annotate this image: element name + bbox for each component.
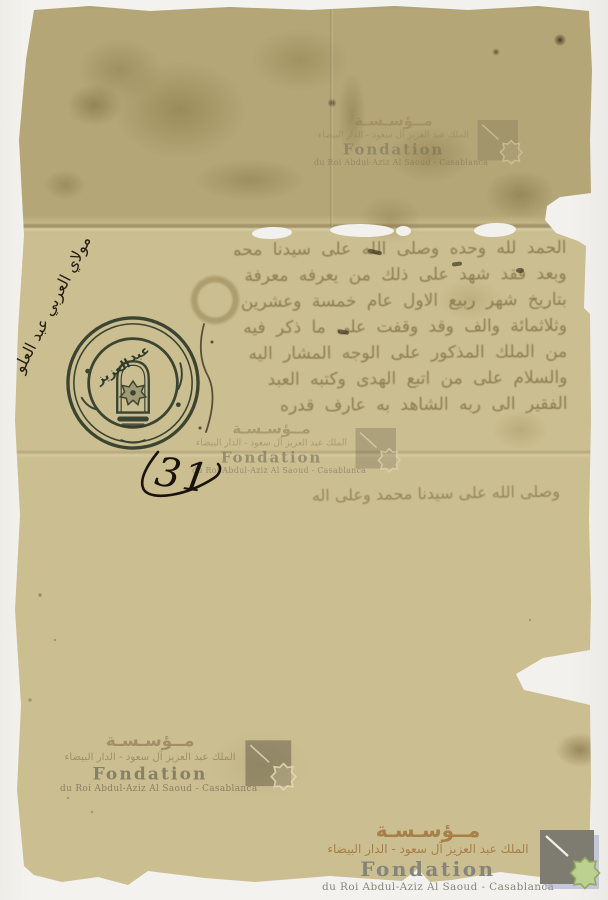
watermark-french-title: Fondation <box>60 763 240 783</box>
watermark-french-title: Fondation <box>322 857 534 881</box>
watermark-arabic-title: مــؤسـسـة <box>322 818 534 842</box>
stamp-word-1: عبد <box>126 343 152 366</box>
handwriting-squiggle <box>190 320 224 450</box>
number-note-text: 31 <box>152 449 213 503</box>
foundation-logo <box>245 740 298 793</box>
foundation-watermark-bottom-left: مــؤسـسـة الملك عبد العزيز آل سعود - الد… <box>60 730 303 794</box>
watermark-arabic-title: مــؤسـسـة <box>314 111 473 129</box>
watermark-text: مــؤسـسـة الملك عبد العزيز آل سعود - الد… <box>60 730 240 794</box>
watermark-arabic-line: الملك عبد العزيز آل سعود - الدار البيضاء <box>60 750 240 763</box>
watermark-arabic-line: الملك عبد العزيز آل سعود - الدار البيضاء <box>322 842 534 857</box>
stamp-seal-icon: عبد العزيز <box>64 314 202 452</box>
foundation-logo <box>478 120 525 167</box>
star-logo-icon <box>540 830 602 892</box>
squiggle-icon <box>190 320 224 446</box>
watermark-text: مــؤسـسـة الملك عبد العزيز آل سعود - الد… <box>322 818 534 893</box>
foundation-logo <box>356 428 403 475</box>
watermark-text: مــؤسـسـة الملك عبد العزيز آل سعود - الد… <box>314 111 473 167</box>
watermark-french-title: Fondation <box>314 140 473 158</box>
watermark-french-subtitle: du Roi Abdul-Aziz Al Saoud - Casablanca <box>60 784 240 794</box>
round-stamp: عبد العزيز <box>64 314 202 452</box>
watermark-arabic-title: مــؤسـسـة <box>60 730 240 750</box>
foundation-watermark-top: مــؤسـسـة الملك عبد العزيز آل سعود - الد… <box>314 111 529 167</box>
watermark-french-subtitle: du Roi Abdul-Aziz Al Saoud - Casablanca <box>314 158 473 167</box>
watermark-arabic-line: الملك عبد العزيز آل سعود - الدار البيضاء <box>314 129 473 140</box>
foundation-logo <box>540 830 602 892</box>
foundation-watermark-bottom-right: مــؤسـسـة الملك عبد العزيز آل سعود - الد… <box>322 818 608 893</box>
watermark-french-subtitle: du Roi Abdul-Aziz Al Saoud - Casablanca <box>322 881 534 893</box>
stamp-word-2: العزيز <box>93 356 134 388</box>
star-logo-icon <box>356 428 403 475</box>
star-logo-icon <box>478 120 525 167</box>
star-logo-icon <box>245 740 298 793</box>
number-note-icon: 31 <box>128 440 228 504</box>
scanned-manuscript-page: { "scan": { "paper_color": "#cbbe90", "b… <box>0 0 608 900</box>
archive-number-note: 31 <box>128 440 228 508</box>
